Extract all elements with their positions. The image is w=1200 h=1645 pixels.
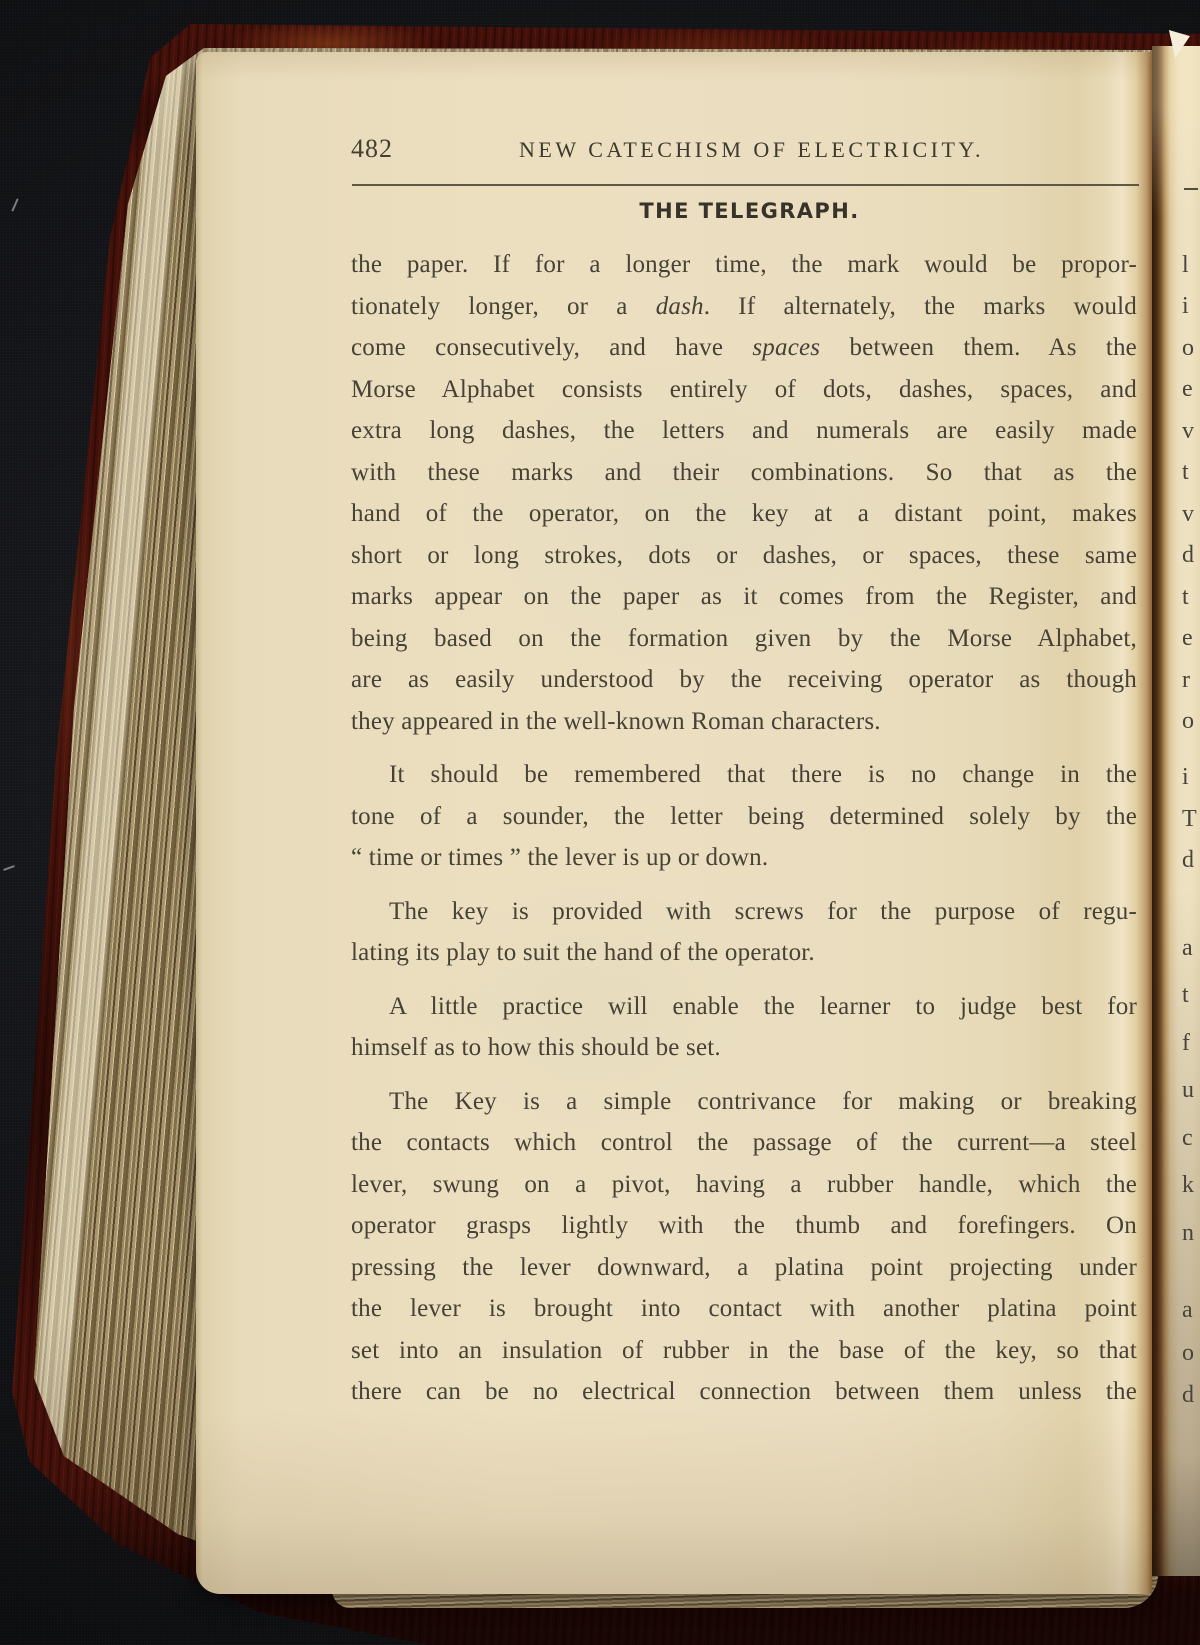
facing-page-edge-letter: k [1182,1173,1194,1197]
text-line: come consecutively, and have spaces betw… [351,327,1137,369]
text-line: lating its play to suit the hand of the … [351,932,1137,974]
facing-page-edge-letter: t [1182,983,1189,1007]
facing-page-edge-letter: i [1182,765,1189,789]
header-rule [352,184,1139,186]
text-line: The Key is a simple contrivance for maki… [351,1081,1137,1123]
text-run: . If alternately, the marks would [704,293,1137,320]
text-line: hand of the operator, on the key at a di… [351,493,1137,535]
text-line: marks appear on the paper as it comes fr… [351,576,1137,618]
text-line: “ time or times ” the lever is up or dow… [351,837,1137,879]
text-line: It should be remembered that there is no… [351,754,1137,796]
text-line: The key is provided with screws for the … [351,891,1137,933]
facing-page-edge-letter: f [1182,1031,1190,1055]
text-run: come consecutively, and have [351,334,752,361]
facing-page-edge-letter: t [1182,460,1189,484]
text-line: himself as to how this should be set. [351,1027,1137,1069]
text-line: with these marks and their combinations.… [351,452,1137,494]
paragraph: The Key is a simple contrivance for maki… [351,1081,1137,1413]
facing-page-edge-letter: v [1182,502,1194,526]
text-line: lever, swung on a pivot, having a rubber… [351,1164,1137,1206]
paragraph: the paper. If for a longer time, the mar… [351,244,1137,742]
facing-page-edge-letter: T [1182,807,1197,831]
facing-page-edge-letter: d [1182,1383,1194,1407]
text-line: tone of a sounder, the letter being dete… [351,796,1137,838]
facing-page-edge-letter: d [1182,848,1194,872]
text-line: operator grasps lightly with the thumb a… [351,1205,1137,1247]
text-line: the contacts which control the passage o… [351,1122,1137,1164]
facing-page-edge-letter: o [1182,709,1194,733]
body-text: the paper. If for a longer time, the mar… [351,244,1137,1413]
section-heading: THE TELEGRAPH. [351,199,1138,223]
text-line: are as easily understood by the receivin… [351,659,1137,701]
text-line: the lever is brought into contact with a… [351,1288,1137,1330]
facing-page-edge-letter: u [1182,1078,1194,1102]
facing-page-edge-letter: o [1182,1341,1194,1365]
italic-word: spaces [752,334,820,361]
running-header: NEW CATECHISM OF ELECTRICITY. [351,137,1138,163]
facing-page-edge-letter: d [1182,543,1194,567]
facing-page-edge-letters: lioevtvdteroiTdatfucknaod [1182,0,1200,1645]
paragraph: The key is provided with screws for the … [351,891,1137,974]
facing-page-edge-letter: e [1182,377,1193,401]
paragraph: It should be remembered that there is no… [351,754,1137,879]
text-line: short or long strokes, dots or dashes, o… [351,535,1137,577]
text-line: they appeared in the well-known Roman ch… [351,701,1137,743]
text-run: between them. As the [820,334,1137,361]
facing-page-edge-letter: a [1182,936,1193,960]
facing-page-edge-letter: n [1182,1221,1194,1245]
facing-page-edge-letter: i [1182,294,1189,318]
text-run: tionately longer, or a [351,293,656,320]
text-line: Morse Alphabet consists entirely of dots… [351,369,1137,411]
italic-word: dash [656,293,704,320]
facing-page-edge-letter: t [1182,585,1189,609]
text-line: A little practice will enable the learne… [351,986,1137,1028]
facing-page-edge-letter: v [1182,419,1194,443]
facing-page-edge-letter: l [1182,253,1189,277]
text-line: pressing the lever downward, a platina p… [351,1247,1137,1289]
facing-page-edge-letter: e [1182,626,1193,650]
text-line: the paper. If for a longer time, the mar… [351,244,1137,286]
facing-page-edge-letter: a [1182,1298,1193,1322]
text-line: tionately longer, or a dash. If alternat… [351,286,1137,328]
facing-page-edge-letter: c [1182,1126,1193,1150]
text-line: there can be no electrical connection be… [351,1371,1137,1413]
text-line: extra long dashes, the letters and numer… [351,410,1137,452]
facing-page-edge-letter: o [1182,336,1194,360]
facing-page-edge-letter: r [1182,668,1190,692]
paragraph: A little practice will enable the learne… [351,986,1137,1069]
text-line: set into an insulation of rubber in the … [351,1330,1137,1372]
text-line: being based on the formation given by th… [351,618,1137,660]
